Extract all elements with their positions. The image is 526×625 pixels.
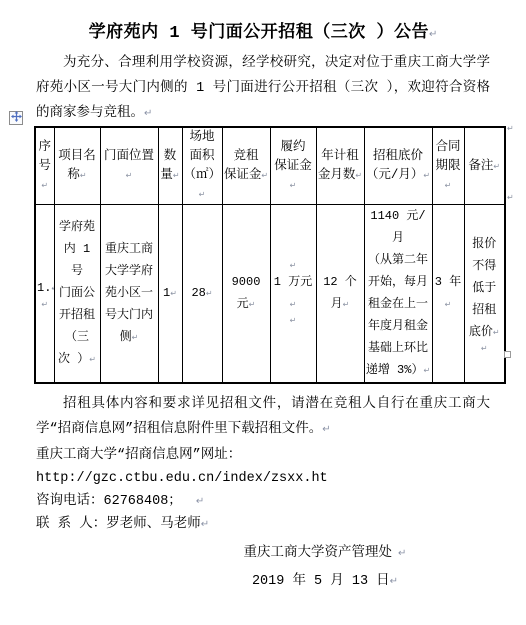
cell-text: 报价 不得 低于 招租 底价 — [469, 237, 496, 339]
phone-line: 咨询电话：62768408；↵ — [36, 490, 496, 513]
cell-remarks: 报价 不得 低于 招租 底价↵↵ — [464, 205, 505, 384]
col-header-project-name: 项目名 称↵ — [54, 127, 100, 205]
col-header-area: 场地 面积 （㎡）↵ — [182, 127, 222, 205]
paragraph-mark: ↵ — [322, 424, 330, 435]
cell-quantity: 1↵ — [158, 205, 182, 384]
paragraph-mark: ↵ — [493, 162, 500, 171]
paragraph-mark: ↵ — [37, 300, 53, 310]
paragraph-mark: ↵ — [126, 171, 133, 180]
detail-text: 招租具体内容和要求详见招租文件，请潜在竞租人自行在重庆工商大学“招商信息网”招租… — [36, 397, 490, 437]
header-text: 竞租 保证金 — [224, 149, 262, 182]
paragraph-mark: ↵ — [249, 300, 256, 309]
cell-text: 12 个月 — [323, 275, 357, 311]
detail-paragraph: 招租具体内容和要求详见招租文件，请潜在竞租人自行在重庆工商大学“招商信息网”招租… — [36, 392, 490, 442]
contact-text: 联 系 人：罗老师、马老师 — [36, 517, 201, 532]
paragraph-mark: ↵ — [80, 171, 87, 180]
cell-area: 28↵ — [182, 205, 222, 384]
paragraph-mark: ↵ — [261, 171, 268, 180]
row-end-mark: ↵ — [507, 193, 514, 202]
intro-paragraph: 为充分、合理利用学校资源，经学校研究，决定对位于重庆工商大学学府苑小区一号大门内… — [36, 51, 490, 126]
col-header-contract-term: 合同 期限↵ — [432, 127, 464, 205]
header-text: 场地 面积 （㎡） — [184, 130, 222, 182]
phone-text: 咨询电话：62768408； — [36, 494, 182, 509]
paragraph-mark: ↵ — [199, 190, 206, 199]
paragraph-mark: ↵ — [466, 344, 504, 354]
cell-seq: 1.↵↵ — [35, 205, 54, 384]
department-text: 重庆工商大学资产管理处 — [244, 546, 393, 561]
paragraph-mark: ↵ — [493, 328, 500, 337]
cell-project-name: 学府苑 内 1 号 门面公 开招租 （三 次 ）↵ — [54, 205, 100, 384]
paragraph-mark: ↵ — [206, 289, 213, 298]
cell-text: 学府苑 内 1 号 门面公 开招租 （三 次 ） — [58, 220, 95, 366]
move-arrows-icon — [11, 109, 22, 127]
date-text: 2019 年 5 月 13 日 — [252, 574, 390, 589]
paragraph-mark: ↵ — [445, 181, 452, 190]
col-header-bid-deposit: 竞租 保证金↵ — [222, 127, 270, 205]
paragraph-mark: ↵ — [429, 29, 437, 40]
signature-date: 2019 年 5 月 13 日↵ — [0, 570, 526, 594]
cell-text: 28 — [191, 286, 205, 300]
paragraph-mark: ↵ — [173, 171, 180, 180]
paragraph-mark: ↵ — [132, 333, 139, 342]
cell-base-price: 1140 元/月 （从第二年 开始，每月 租金在上一 年度月租金 基础上环比 递… — [364, 205, 432, 384]
header-text: 合同 期限 — [435, 140, 460, 173]
col-header-base-price: 招租底价 （元/月）↵ — [364, 127, 432, 205]
table-resize-handle[interactable] — [504, 351, 511, 358]
paragraph-mark: ↵ — [398, 548, 406, 559]
paragraph-mark: ↵ — [423, 171, 430, 180]
cell-contract-term: 3 年↵ — [432, 205, 464, 384]
cell-location: 重庆工商 大学学府 苑小区一 号大门内 侧↵ — [100, 205, 158, 384]
header-text: 门面位置 — [104, 149, 154, 163]
cell-text: 重庆工商 大学学府 苑小区一 号大门内 侧 — [105, 242, 153, 344]
col-header-rent-months: 年计租 金月数↵ — [316, 127, 364, 205]
page-title-text: 学府苑内 1 号门面公开招租（三次 ）公告 — [89, 24, 429, 43]
paragraph-mark: ↵ — [272, 316, 315, 326]
paragraph-mark: ↵ — [201, 519, 209, 530]
paragraph-mark: ↵ — [41, 181, 48, 190]
col-header-seq: 序 号↵ — [35, 127, 54, 205]
cell-rent-months: 12 个月↵ — [316, 205, 364, 384]
header-text: 序 号 — [38, 140, 51, 173]
col-header-remarks: 备注↵ — [464, 127, 505, 205]
paragraph-mark: ↵ — [290, 300, 297, 309]
paragraph-mark: ↵ — [343, 300, 350, 309]
paragraph-mark: ↵ — [355, 171, 362, 180]
table-move-handle[interactable] — [9, 111, 23, 125]
header-text: 年计租 金月数 — [318, 149, 359, 182]
paragraph-mark: ↵ — [445, 300, 452, 309]
cell-performance-deposit: ↵1 万元↵↵ — [270, 205, 316, 384]
table-header-row: 序 号↵ 项目名 称↵ 门面位置↵ 数 量↵ 场地 面积 （㎡）↵ 竞租 保证金… — [35, 127, 505, 205]
col-header-location: 门面位置↵ — [100, 127, 158, 205]
cell-text: 1. — [37, 281, 51, 295]
paragraph-mark: ↵ — [423, 366, 430, 375]
intro-text: 为充分、合理利用学校资源，经学校研究，决定对位于重庆工商大学学府苑小区一号大门内… — [36, 56, 490, 121]
cell-text: 1 万元 — [274, 275, 312, 289]
website-text: 重庆工商大学“招商信息网”网址：http://gzc.ctbu.edu.cn/i… — [36, 448, 328, 486]
paragraph-mark: ↵ — [89, 355, 96, 364]
header-text: 履约 保证金 — [274, 140, 312, 173]
cell-text: 3 年 — [435, 275, 461, 289]
rental-info-table: 序 号↵ 项目名 称↵ 门面位置↵ 数 量↵ 场地 面积 （㎡）↵ 竞租 保证金… — [34, 126, 506, 384]
paragraph-mark: ↵ — [290, 181, 297, 190]
paragraph-mark: ↵ — [196, 496, 204, 507]
paragraph-mark: ↵ — [390, 576, 398, 587]
document-page: 学府苑内 1 号门面公开招租（三次 ）公告↵ 为充分、合理利用学校资源，经学校研… — [0, 0, 526, 625]
website-line: 重庆工商大学“招商信息网”网址：http://gzc.ctbu.edu.cn/i… — [36, 444, 496, 490]
table-data-row: 1.↵↵ 学府苑 内 1 号 门面公 开招租 （三 次 ）↵ 重庆工商 大学学府… — [35, 205, 505, 384]
page-title: 学府苑内 1 号门面公开招租（三次 ）公告↵ — [0, 0, 526, 45]
cell-text: 1140 元/月 （从第二年 开始，每月 租金在上一 年度月租金 基础上环比 递… — [366, 209, 428, 377]
cell-bid-deposit: 9000 元↵ — [222, 205, 270, 384]
header-text: 招租底价 （元/月） — [366, 149, 424, 182]
cell-text: 9000 元 — [232, 275, 261, 311]
col-header-quantity: 数 量↵ — [158, 127, 182, 205]
row-end-mark: ↵ — [507, 124, 514, 133]
col-header-performance-deposit: 履约 保证金↵ — [270, 127, 316, 205]
paragraph-mark: ↵ — [170, 289, 177, 298]
header-text: 项目名 称 — [58, 149, 96, 182]
header-text: 备注 — [468, 159, 493, 173]
contact-line: 联 系 人：罗老师、马老师↵ — [36, 513, 496, 536]
paragraph-mark: ↵ — [272, 261, 315, 271]
paragraph-mark: ↵ — [144, 108, 152, 119]
signature-department: 重庆工商大学资产管理处↵ — [0, 542, 526, 566]
